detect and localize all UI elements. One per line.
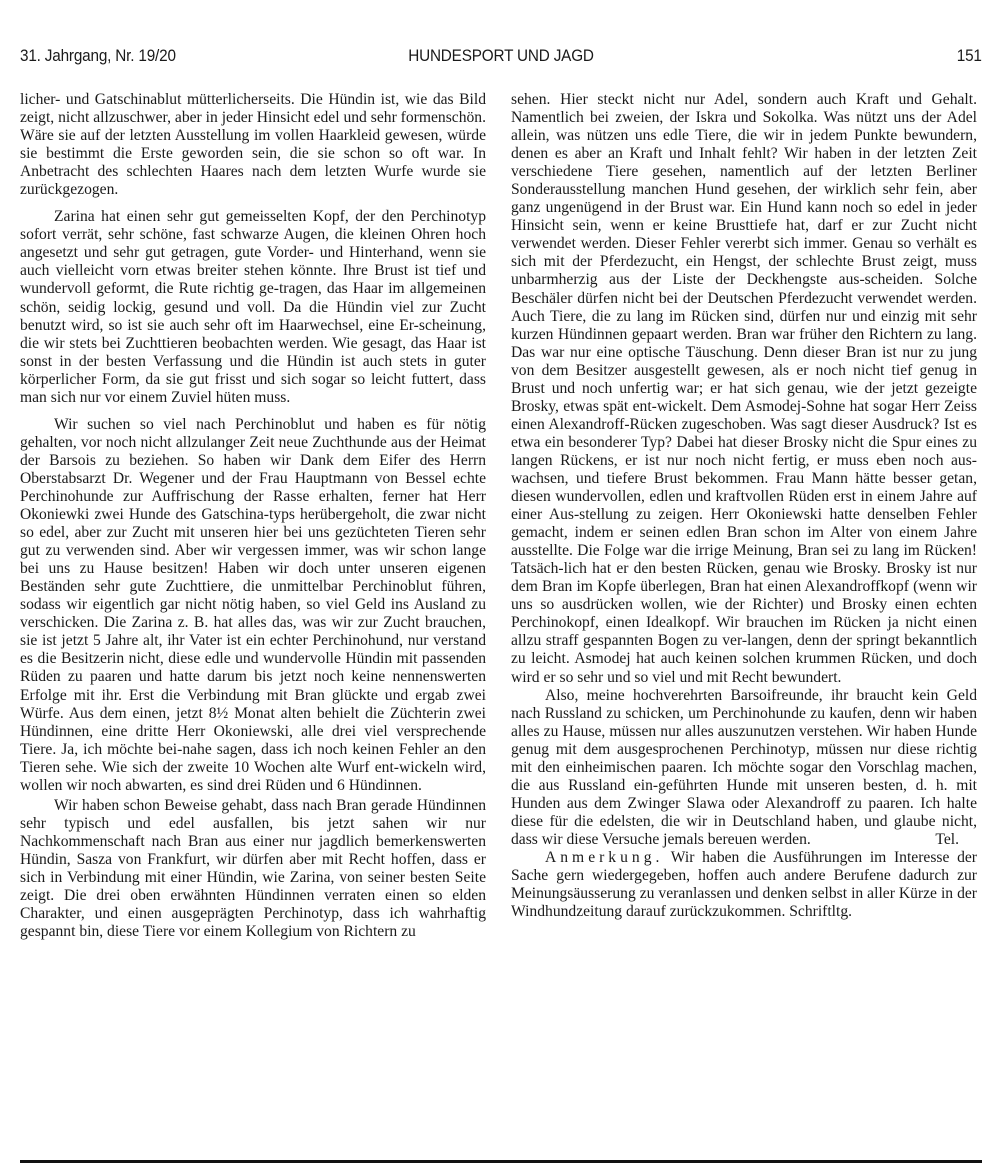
left-column: licher- und Gatschinablut mütterlicherse… — [20, 91, 486, 941]
note-label: Anmerkung. — [545, 849, 663, 866]
right-column: sehen. Hier steckt nicht nur Adel, sonde… — [511, 91, 977, 921]
page-number: 151 — [957, 46, 982, 66]
paragraph: licher- und Gatschinablut mütterlicherse… — [20, 91, 486, 199]
paragraph-text: Also, meine hochverehrten Barsoifreunde,… — [511, 687, 977, 848]
bottom-rule-divider — [20, 1160, 982, 1163]
paragraph: Wir suchen so viel nach Perchinoblut und… — [20, 416, 486, 795]
author-signature: Tel. — [901, 831, 959, 849]
paragraph: Wir haben schon Beweise gehabt, dass nac… — [20, 797, 486, 941]
running-header: 31. Jahrgang, Nr. 19/20 HUNDESPORT UND J… — [20, 40, 982, 70]
paragraph: sehen. Hier steckt nicht nur Adel, sonde… — [511, 91, 977, 687]
paragraph: Also, meine hochverehrten Barsoifreunde,… — [511, 687, 977, 849]
article-body: licher- und Gatschinablut mütterlicherse… — [20, 91, 980, 1131]
paragraph: Zarina hat einen sehr gut gemeisselten K… — [20, 208, 486, 407]
editorial-note: Anmerkung. Wir haben die Ausführungen im… — [511, 849, 977, 921]
journal-title: HUNDESPORT UND JAGD — [68, 46, 934, 66]
